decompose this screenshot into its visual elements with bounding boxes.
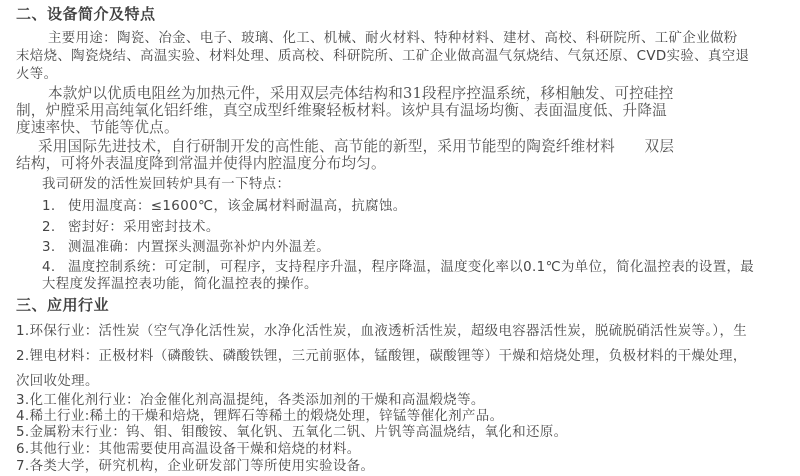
intro-line-3: 度速率快、节能等优点。 <box>16 116 179 137</box>
usage-line-1: 主要用途：陶瓷、冶金、电子、玻璃、化工、机械、耐火材料、特种材料、建材、高校、科… <box>48 27 738 46</box>
tech-line-2: 结构，可将外表温度降到常温并使得内腔温度分布均匀。 <box>16 152 386 173</box>
usage-line-3: 火等。 <box>16 63 57 82</box>
feature-text: 使用温度高：≤1600℃，该金属材料耐温高，抗腐蚀。 <box>68 199 407 214</box>
feature-item-4-continued: 大程度发挥温控表功能，简化温控表的操作。 <box>42 273 318 292</box>
section-heading-equipment-intro: 二、设备简介及特点 <box>16 3 156 24</box>
feature-number: 2. <box>42 220 68 235</box>
feature-item-1: 1.使用温度高：≤1600℃，该金属材料耐温高，抗腐蚀。 <box>42 195 407 214</box>
usage-line-2: 末焙烧、陶瓷烧结、高温实验、材料处理、质高校、科研院所、工矿企业做高温气氛烧结、… <box>16 45 749 64</box>
application-item-1: 1.环保行业：活性炭（空气净化活性炭，水净化活性炭，血液透析活性炭，超级电容器活… <box>16 320 747 339</box>
feature-text: 测温准确：内置探头测温弥补炉内外温差。 <box>68 240 330 255</box>
features-intro: 我司研发的活性炭回转炉具有一下特点： <box>42 173 290 192</box>
application-item-2: 2.锂电材料：正极材料（磷酸铁、磷酸铁锂，三元前驱体，锰酸锂，碳酸锂等）干燥和焙… <box>16 345 747 364</box>
feature-item-2: 2.密封好：采用密封技术。 <box>42 216 220 235</box>
application-item-7: 7.各类大学，研究机构，企业研发部门等所使用实验设备。 <box>16 455 374 474</box>
feature-number: 3. <box>42 240 68 255</box>
feature-number: 1. <box>42 199 68 214</box>
application-item-2-continued: 次回收处理。 <box>16 370 99 389</box>
section-heading-applications: 三、应用行业 <box>16 294 109 315</box>
feature-item-3: 3.测温准确：内置探头测温弥补炉内外温差。 <box>42 236 330 255</box>
feature-text: 密封好：采用密封技术。 <box>68 220 220 235</box>
